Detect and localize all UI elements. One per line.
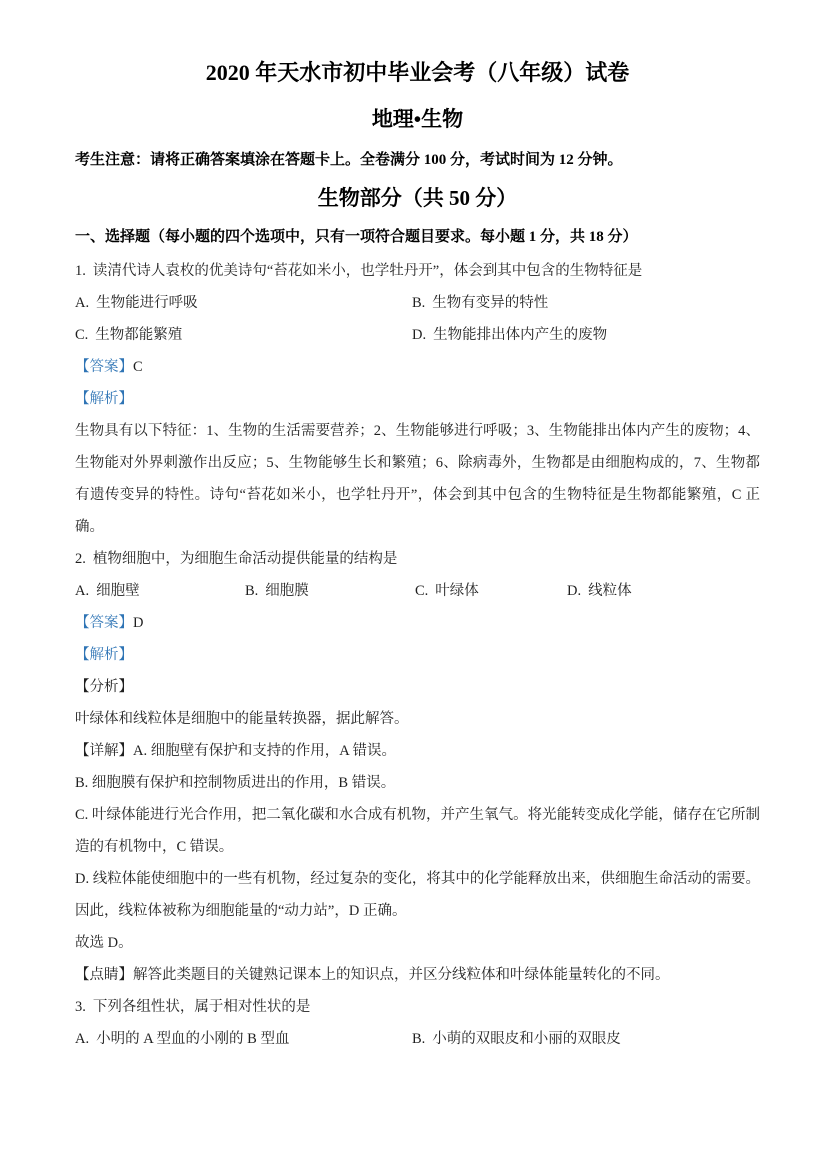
- page-title: 2020 年天水市初中毕业会考（八年级）试卷: [75, 58, 760, 88]
- option-1-b-label: B.: [412, 295, 425, 311]
- option-3-b-text: 小萌的双眼皮和小丽的双眼皮: [432, 1031, 621, 1047]
- question-1-answer-value: C: [133, 359, 143, 375]
- option-3-a-label: A.: [75, 1031, 89, 1047]
- option-1-d-text: 生物能排出体内产生的废物: [433, 327, 607, 343]
- option-1-d: D.生物能排出体内产生的废物: [412, 319, 607, 351]
- subject-title: 地理•生物: [75, 105, 760, 133]
- exam-notice: 考生注意：请将正确答案填涂在答题卡上。全卷满分 100 分，考试时间为 12 分…: [75, 148, 760, 172]
- question-3-stem: 3.下列各组性状，属于相对性状的是: [75, 991, 760, 1023]
- question-2-stem: 2.植物细胞中，为细胞生命活动提供能量的结构是: [75, 543, 760, 575]
- option-2-b-label: B.: [245, 583, 258, 599]
- jiexi-label: 【解析】: [75, 647, 133, 663]
- answer-label: 【答案】: [75, 359, 133, 375]
- option-2-a: A.细胞壁: [75, 575, 245, 607]
- option-2-d-label: D.: [567, 583, 581, 599]
- fenxi-label: 【分析】: [75, 679, 133, 695]
- option-2-d: D.线粒体: [567, 575, 632, 607]
- option-1-a-text: 生物能进行呼吸: [96, 295, 198, 311]
- question-2-options-row: A.细胞壁 B.细胞膜 C.叶绿体 D.线粒体: [75, 575, 760, 607]
- exam-paper-page: 2020 年天水市初中毕业会考（八年级）试卷 地理•生物 考生注意：请将正确答案…: [0, 0, 827, 1169]
- question-2-detail-a-text: A. 细胞壁有保护和支持的作用，A 错误。: [133, 743, 396, 759]
- question-1-stem-text: 读清代诗人袁枚的优美诗句“苔花如米小，也学牡丹开”，体会到其中包含的生物特征是: [93, 263, 642, 279]
- question-1-options-row-1: A.生物能进行呼吸 B.生物有变异的特性: [75, 287, 760, 319]
- option-1-b: B.生物有变异的特性: [412, 287, 548, 319]
- answer-label: 【答案】: [75, 615, 133, 631]
- option-1-c: C.生物都能繁殖: [75, 319, 412, 351]
- question-2-detail-b: B. 细胞膜有保护和控制物质进出的作用，B 错误。: [75, 767, 760, 799]
- question-2-analysis: 叶绿体和线粒体是细胞中的能量转换器，据此解答。: [75, 703, 760, 735]
- option-1-d-label: D.: [412, 327, 426, 343]
- question-2-stem-text: 植物细胞中，为细胞生命活动提供能量的结构是: [93, 551, 398, 567]
- option-2-c: C.叶绿体: [415, 575, 567, 607]
- jiexi-label: 【解析】: [75, 391, 133, 407]
- option-2-c-text: 叶绿体: [435, 583, 479, 599]
- question-2-number: 2.: [75, 551, 86, 567]
- question-2-tip: 【点睛】解答此类题目的关键熟记课本上的知识点，并区分线粒体和叶绿体能量转化的不同…: [75, 959, 760, 991]
- question-2: 2.植物细胞中，为细胞生命活动提供能量的结构是 A.细胞壁 B.细胞膜 C.叶绿…: [75, 543, 760, 991]
- option-2-b-text: 细胞膜: [265, 583, 309, 599]
- dianjing-label: 【点睛】: [75, 967, 133, 983]
- section-title: 生物部分（共 50 分）: [75, 184, 760, 212]
- option-3-a: A.小明的 A 型血的小刚的 B 型血: [75, 1023, 412, 1055]
- option-2-d-text: 线粒体: [588, 583, 632, 599]
- question-2-tip-text: 解答此类题目的关键熟记课本上的知识点，并区分线粒体和叶绿体能量转化的不同。: [133, 967, 670, 983]
- option-1-b-text: 生物有变异的特性: [432, 295, 548, 311]
- option-1-a: A.生物能进行呼吸: [75, 287, 412, 319]
- xiangjie-label: 【详解】: [75, 743, 133, 759]
- option-3-a-text: 小明的 A 型血的小刚的 B 型血: [96, 1031, 289, 1047]
- question-3: 3.下列各组性状，属于相对性状的是 A.小明的 A 型血的小刚的 B 型血 B.…: [75, 991, 760, 1055]
- question-3-options-row: A.小明的 A 型血的小刚的 B 型血 B.小萌的双眼皮和小丽的双眼皮: [75, 1023, 760, 1055]
- question-1-answer-line: 【答案】C: [75, 351, 760, 383]
- option-2-a-label: A.: [75, 583, 89, 599]
- question-3-stem-text: 下列各组性状，属于相对性状的是: [93, 999, 311, 1015]
- question-2-detail-a: 【详解】A. 细胞壁有保护和支持的作用，A 错误。: [75, 735, 760, 767]
- option-1-c-label: C.: [75, 327, 88, 343]
- question-1: 1.读清代诗人袁枚的优美诗句“苔花如米小，也学牡丹开”，体会到其中包含的生物特征…: [75, 255, 760, 543]
- question-2-answer-line: 【答案】D: [75, 607, 760, 639]
- part-heading: 一、选择题（每小题的四个选项中，只有一项符合题目要求。每小题 1 分，共 18 …: [75, 225, 760, 249]
- question-3-number: 3.: [75, 999, 86, 1015]
- option-2-b: B.细胞膜: [245, 575, 415, 607]
- option-2-c-label: C.: [415, 583, 428, 599]
- question-1-jiexi-line: 【解析】: [75, 383, 760, 415]
- option-3-b-label: B.: [412, 1031, 425, 1047]
- question-1-options-row-2: C.生物都能繁殖 D.生物能排出体内产生的废物: [75, 319, 760, 351]
- question-2-fenxi-line: 【分析】: [75, 671, 760, 703]
- question-1-number: 1.: [75, 263, 86, 279]
- question-1-stem: 1.读清代诗人袁枚的优美诗句“苔花如米小，也学牡丹开”，体会到其中包含的生物特征…: [75, 255, 760, 287]
- question-1-explanation: 生物具有以下特征：1、生物的生活需要营养；2、生物能够进行呼吸；3、生物能排出体…: [75, 415, 760, 543]
- option-1-c-text: 生物都能繁殖: [95, 327, 182, 343]
- question-2-detail-c: C. 叶绿体能进行光合作用，把二氧化碳和水合成有机物，并产生氧气。将光能转变成化…: [75, 799, 760, 863]
- option-3-b: B.小萌的双眼皮和小丽的双眼皮: [412, 1023, 621, 1055]
- option-1-a-label: A.: [75, 295, 89, 311]
- question-2-detail-d: D. 线粒体能使细胞中的一些有机物，经过复杂的变化，将其中的化学能释放出来，供细…: [75, 863, 760, 927]
- option-2-a-text: 细胞壁: [96, 583, 140, 599]
- question-2-conclusion: 故选 D。: [75, 927, 760, 959]
- question-2-answer-value: D: [133, 615, 143, 631]
- question-2-jiexi-line: 【解析】: [75, 639, 760, 671]
